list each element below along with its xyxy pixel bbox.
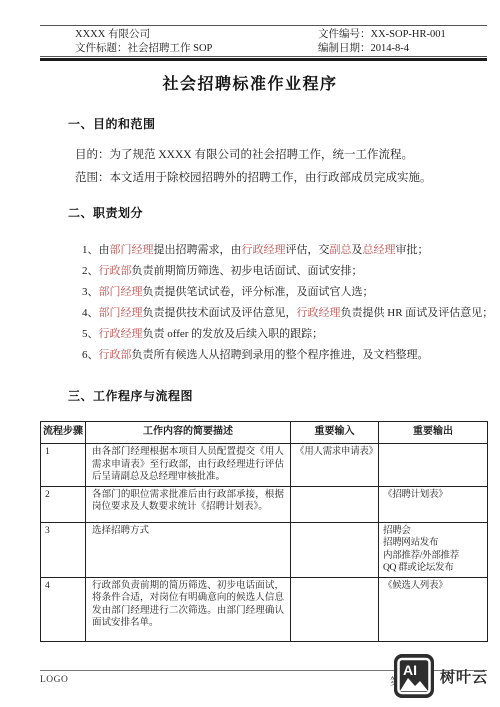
date-value: 2014-8-4 [371,43,410,54]
footer-logo-text: LOGO [40,675,68,685]
description-cell: 由各部门经理根据本项目人员配置提交《用人需求申请表》至行政部，由行政经理进行评估… [86,444,291,487]
output-cell: 招聘会 招聘网站发布 内部推荐/外部推荐 QQ 群或论坛发布 [379,522,488,577]
table-header-row: 流程步骤 工作内容的简要描述 重要输入 重要输出 [41,422,488,444]
purpose-text: 目的：为了规范 XXXX 有限公司的社会招聘工作，统一工作流程。 [75,146,413,162]
header-left-block: XXXX 有限公司 文件标题：社会招聘工作 SOP [75,28,212,55]
document-page: XXXX 有限公司 文件标题：社会招聘工作 SOP 文件编号：XX-SOP-HR… [0,0,500,707]
table-row: 4 行政部负责前期的简历筛选、初步电话面试，将条件合适，对岗位有明确意向的候选人… [41,577,488,641]
duties-list: 1、由部门经理提出招聘需求，由行政经理评估，交副总及总经理审批； 2、行政部负责… [82,244,493,370]
doc-no-line: 文件编号：XX-SOP-HR-001 [318,28,446,42]
header-bottom-rule-thick [40,58,487,61]
output-cell: 《候选人列表》 [379,577,488,641]
file-title-label: 文件标题： [75,43,128,54]
col-header-step: 流程步骤 [41,422,86,444]
section-heading-purpose: 一、目的和范围 [68,115,156,132]
input-cell [291,486,379,522]
input-cell [291,522,379,577]
watermark-label: 树叶云 [440,666,488,687]
table-row: 2 各部门的职位需求批准后由行政部承接，根据岗位要求及人数要求统计《招聘计划表》… [41,486,488,522]
duty-item-5: 5、行政经理负责 offer 的发放及后续入职的跟踪； [82,328,493,341]
header-bottom-rule-thin [40,56,487,57]
duty-item-1: 1、由部门经理提出招聘需求，由行政经理评估，交副总及总经理审批； [82,244,493,257]
col-header-description: 工作内容的简要描述 [86,422,291,444]
section-heading-process: 三、工作程序与流程图 [68,387,193,404]
input-cell: 《用人需求申请表》 [291,444,379,487]
duty-item-6: 6、行政部负责所有候选人从招聘到录用的整个程序推进，及文档整理。 [82,349,493,362]
section-heading-duties: 二、职责划分 [68,204,143,221]
step-cell: 2 [41,486,86,522]
duty-item-2: 2、行政部负责前期简历筛选、初步电话面试、面试安排； [82,265,493,278]
step-cell: 1 [41,444,86,487]
svg-text:AI: AI [403,662,417,678]
table-row: 3 选择招聘方式 招聘会 招聘网站发布 内部推荐/外部推荐 QQ 群或论坛发布 [41,522,488,577]
step-cell: 3 [41,522,86,577]
input-cell [291,577,379,641]
doc-no-value: XX-SOP-HR-001 [371,29,446,40]
duty-item-3: 3、部门经理负责提供笔试试卷，评分标准，及面试官人选； [82,286,493,299]
scope-text: 范围：本文适用于除校园招聘外的招聘工作，由行政部成员完成实施。 [75,169,432,185]
col-header-output: 重要输出 [379,422,488,444]
date-label: 编制日期： [318,43,371,54]
description-cell: 选择招聘方式 [86,522,291,577]
watermark: AI 树叶云 [394,654,488,698]
file-title-line: 文件标题：社会招聘工作 SOP [75,42,212,56]
output-cell [379,444,488,487]
description-cell: 各部门的职位需求批准后由行政部承接，根据岗位要求及人数要求统计《招聘计划表》。 [86,486,291,522]
date-line: 编制日期：2014-8-4 [318,42,446,56]
process-flow-table: 流程步骤 工作内容的简要描述 重要输入 重要输出 1 由各部门经理根据本项目人员… [40,421,488,642]
step-cell: 4 [41,577,86,641]
ai-image-icon: AI [394,654,434,698]
col-header-input: 重要输入 [291,422,379,444]
header-top-rule [40,25,487,26]
file-title-value: 社会招聘工作 SOP [128,43,213,54]
duty-item-4: 4、部门经理负责提供技术面试及评估意见，行政经理负责提供 HR 面试及评估意见； [82,307,493,320]
description-cell: 行政部负责前期的简历筛选、初步电话面试，将条件合适，对岗位有明确意向的候选人信息… [86,577,291,641]
header-right-block: 文件编号：XX-SOP-HR-001 编制日期：2014-8-4 [318,28,446,55]
company-name: XXXX 有限公司 [75,28,212,42]
doc-no-label: 文件编号： [318,29,371,40]
table-row: 1 由各部门经理根据本项目人员配置提交《用人需求申请表》至行政部，由行政经理进行… [41,444,488,487]
output-cell: 《招聘计划表》 [379,486,488,522]
document-title: 社会招聘标准作业程序 [0,71,500,94]
